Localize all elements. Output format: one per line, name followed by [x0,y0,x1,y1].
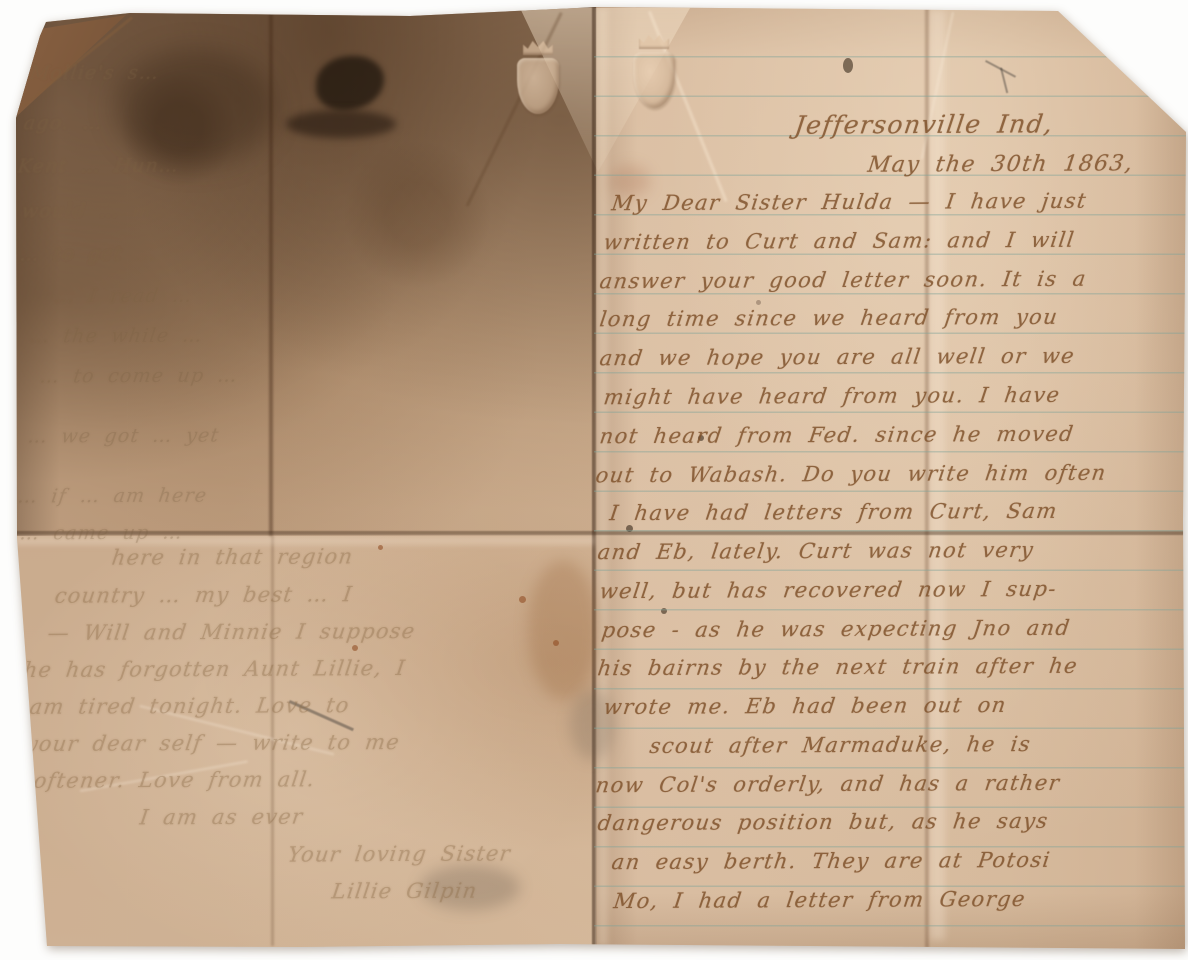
crest-crown-icon [639,34,669,49]
signature: Lillie Gilpin [330,879,479,904]
ink-speck [756,300,761,305]
scanner-bed: Jeffersonville Ind, May the 30th 1863, M… [0,0,1188,960]
faint-handwriting-line: … to get … [18,243,157,266]
handwriting-line: long time since we heard from you [598,305,1060,331]
faint-handwriting-line: would … m… [20,200,173,223]
handwriting-line: wrote me. Eb had been out on [602,693,1008,719]
dark-speck [843,58,853,73]
faint-handwriting-line: … if … am here [16,485,208,508]
faint-handwriting-line: country … my best … I [53,582,354,608]
faint-handwriting-line: … came up … [18,522,184,545]
fold-crease-horizontal [15,531,1185,535]
handwriting-line: and Eb, lately. Curt was not very [596,538,1035,564]
ink-speck [626,525,633,532]
handwriting-line: My Dear Sister Hulda — I have just [610,189,1088,215]
faint-handwriting-line: here in that region [110,544,355,569]
closing-line: I am as ever [138,805,305,830]
faint-handwriting-line: your dear self — write to me [24,730,401,756]
crest-shield-icon [517,58,559,114]
faint-handwriting-line: … we got … yet [26,424,220,447]
fold-crease-vertical-left [269,8,273,536]
crest-shield-icon [633,52,675,108]
handwriting-line: scout after Marmaduke, he is [648,732,1033,758]
faint-handwriting-line: he has forgotten Aunt Lillie, I [22,656,407,682]
faint-handwriting-line: … I read … [53,285,194,308]
crest-crown-icon [523,40,553,55]
crack-mark [985,60,1016,78]
faint-handwriting-line: … to come up … [38,364,239,387]
faint-handwriting-line: Mollie's s… [28,62,160,85]
handwriting-line: an easy berth. They are at Potosi [610,848,1052,874]
rust-speck [553,640,559,646]
handwriting-line: well, but has recovered now I sup- [598,577,1058,603]
dateline-place: Jeffersonville Ind, [793,109,1056,139]
crack-mark [1000,68,1008,94]
letter-scan: Jeffersonville Ind, May the 30th 1863, M… [0,0,1188,960]
faint-handwriting-line: … the while … [28,325,204,348]
handwriting-line: written to Curt and Sam: and I will [602,228,1076,254]
letter-sheet: Jeffersonville Ind, May the 30th 1863, M… [0,0,1188,960]
rust-speck [352,645,358,651]
tan-stain [528,560,598,700]
ink-smudge [286,110,396,138]
handwriting-line: and we hope you are all well or we [598,344,1076,370]
closing-line: Your loving Sister [286,841,512,866]
handwriting-line: answer your good letter soon. It is a [598,267,1088,294]
handwriting-line: now Col's orderly, and has a rather [594,771,1062,797]
embossed-crest-icon [506,40,570,130]
rust-speck [519,596,526,603]
embossed-crest-icon [622,34,686,124]
handwriting-line: dangerous position but, as he says [596,809,1050,835]
handwriting-line: Mo, I had a letter from George [612,887,1027,913]
handwriting-line: his bairns by the next train after he [596,654,1079,681]
ink-speck [661,608,667,614]
faint-handwriting-line: Kent … Hun… [16,155,180,178]
rust-speck [378,545,383,550]
ink-blot [316,56,384,110]
dateline-date: May the 30th 1863, [866,151,1135,177]
handwriting-line: not heard from Fed. since he moved [598,422,1076,448]
faint-handwriting-line: oftener. Love from all. [32,767,317,792]
handwriting-line: I have had letters from Curt, Sam [608,499,1059,525]
faint-handwriting-line: ago. … [22,112,104,134]
handwriting-line: pose - as he was expecting Jno and [600,616,1072,642]
handwriting-line: out to Wabash. Do you write him often [594,461,1108,488]
faint-handwriting-line: — Will and Minnie I suppose [46,619,417,645]
handwriting-line: might have heard from you. I have [602,383,1062,409]
faint-handwriting-line: am tired tonight. Love to [28,693,351,719]
